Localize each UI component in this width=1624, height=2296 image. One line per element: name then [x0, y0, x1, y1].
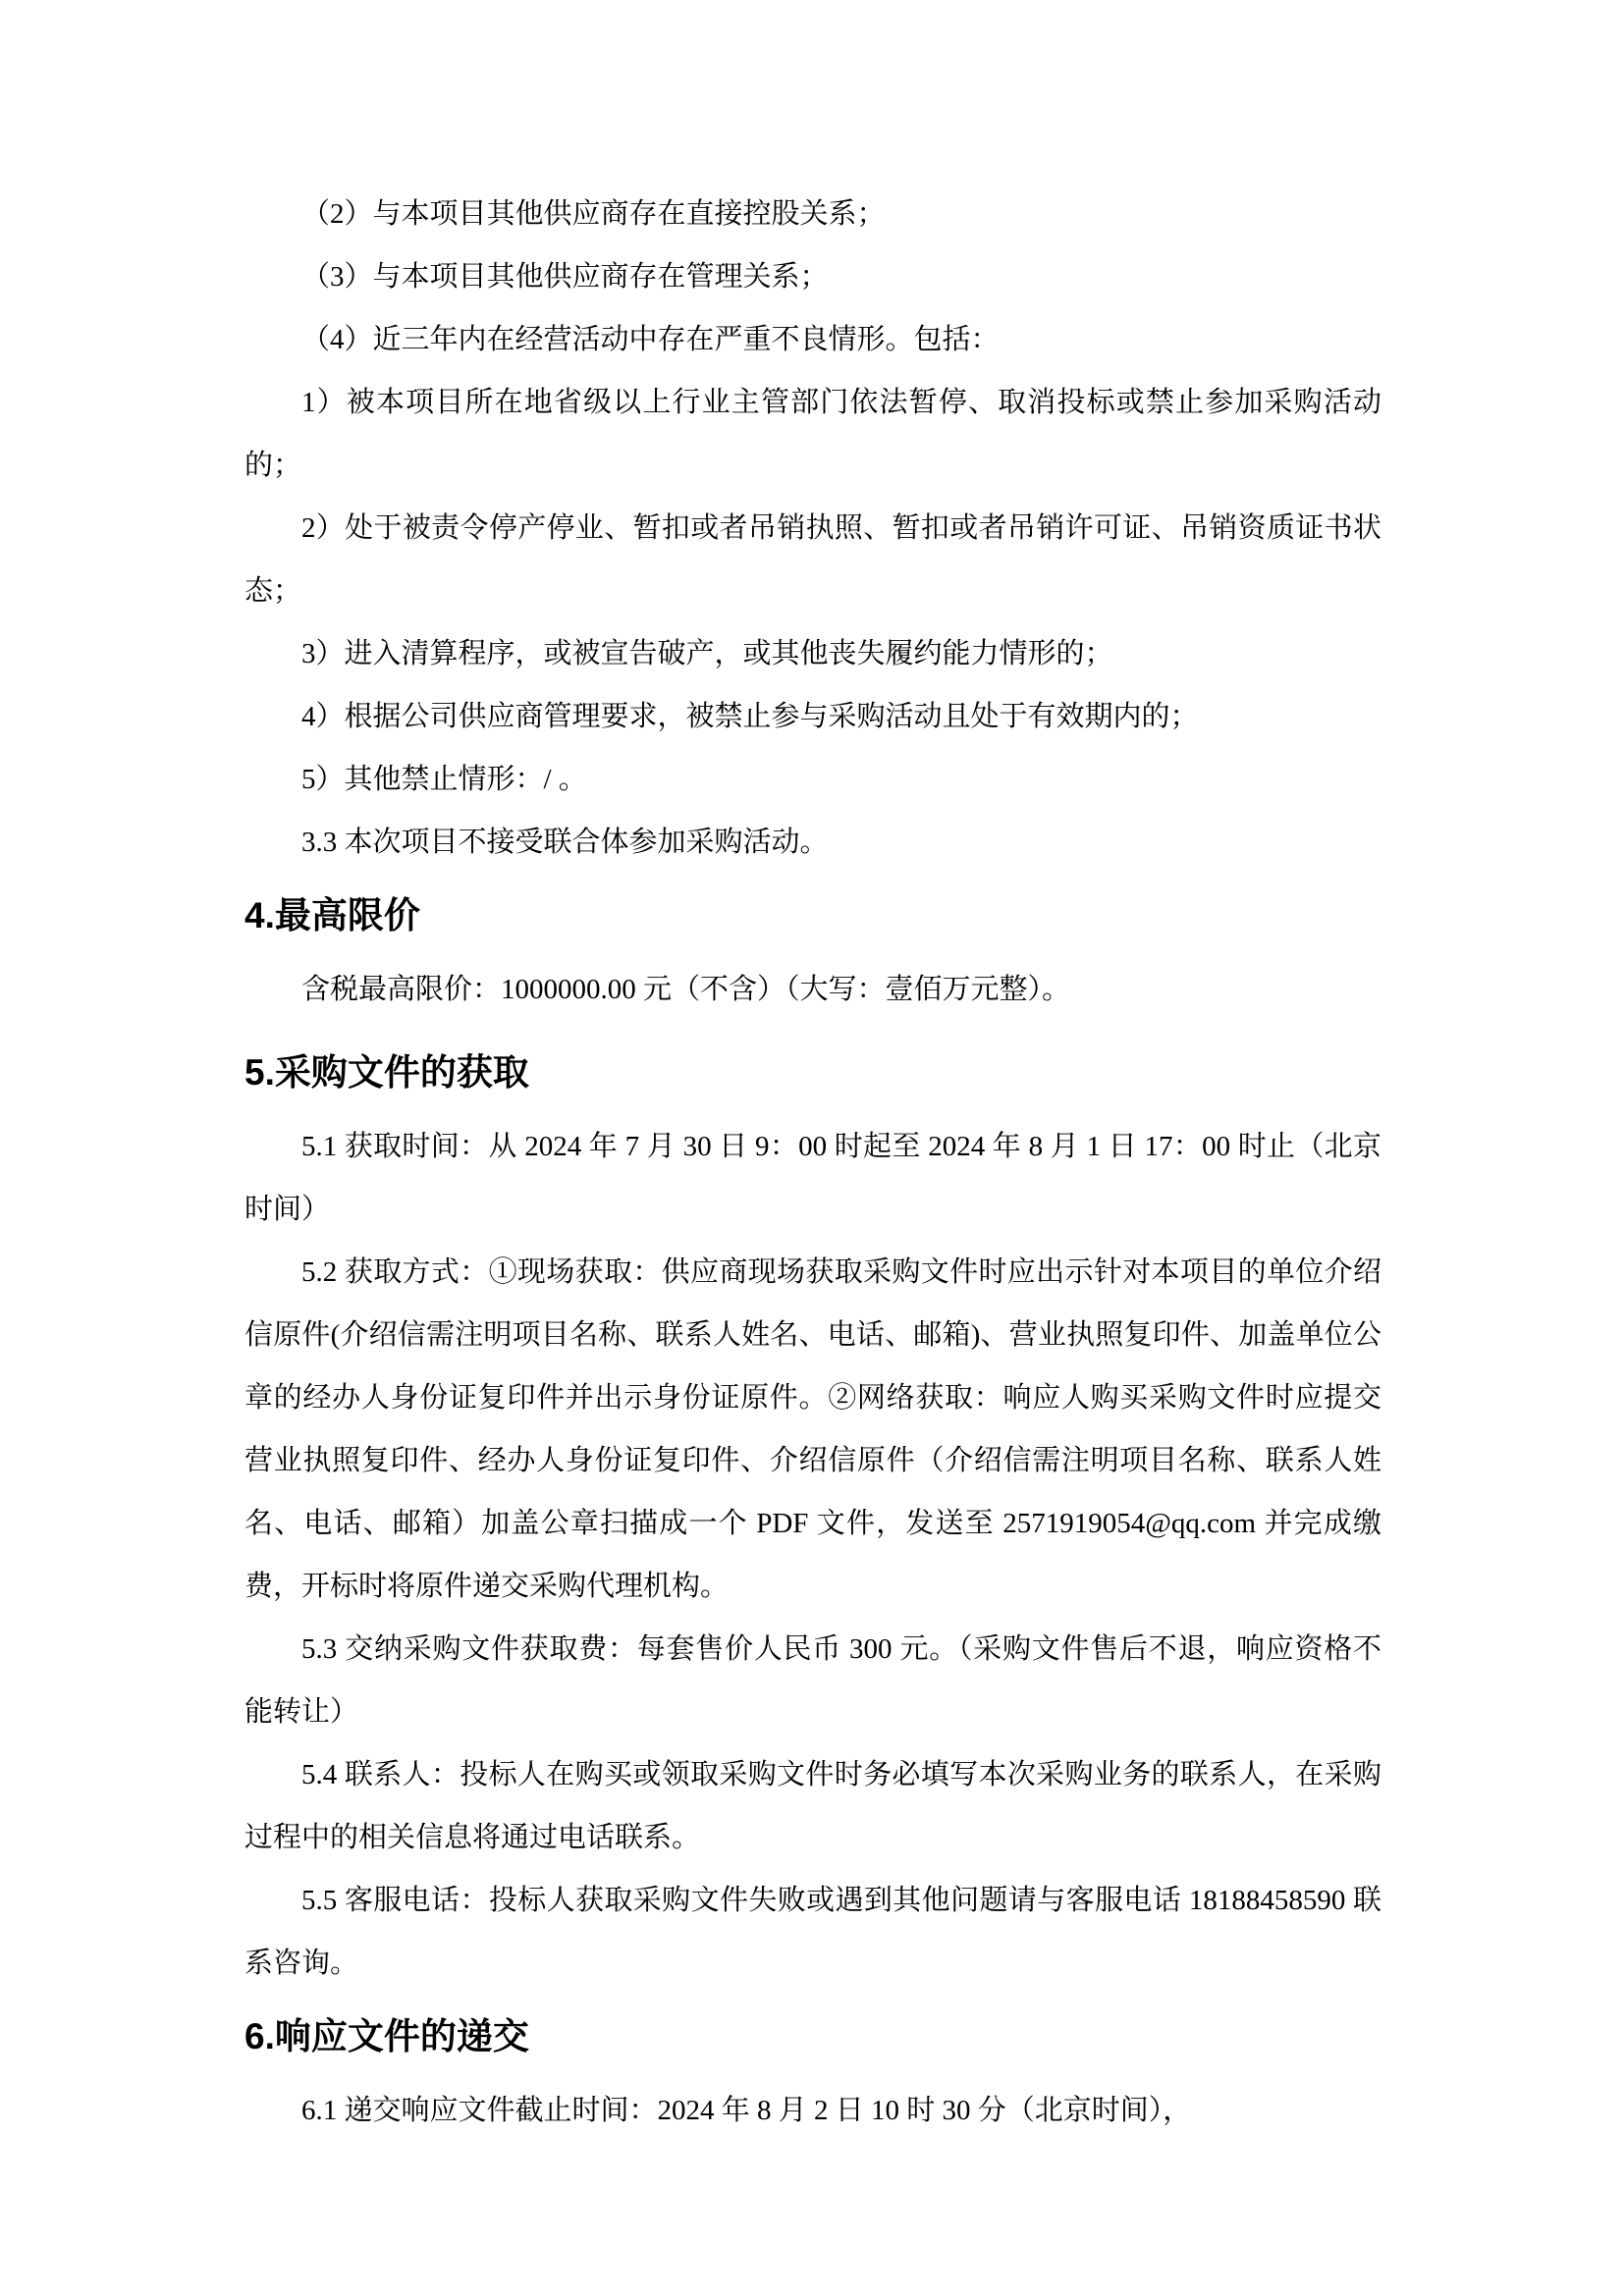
- section-heading-5-document-acquisition: 5.采购文件的获取: [244, 1031, 1381, 1115]
- subclause-3-liquidation-bankruptcy: 3）进入清算程序，或被宣告破产，或其他丧失履约能力情形的；: [244, 622, 1381, 685]
- subclause-4-banned-by-company-policy: 4）根据公司供应商管理要求，被禁止参与采购活动且处于有效期内的；: [244, 685, 1381, 748]
- subclause-5-other-prohibitions: 5）其他禁止情形：/ 。: [244, 748, 1381, 811]
- clause-5-4-contact-person: 5.4 联系人：投标人在购买或领取采购文件时务必填写本次采购业务的联系人，在采购…: [244, 1743, 1381, 1869]
- clause-3-3-no-consortium: 3.3 本次项目不接受联合体参加采购活动。: [244, 811, 1381, 874]
- clause-5-5-service-hotline: 5.5 客服电话：投标人获取采购文件失败或遇到其他问题请与客服电话 181884…: [244, 1869, 1381, 1995]
- clause-3-other-supplier-mgmt-relation: （3）与本项目其他供应商存在管理关系；: [244, 245, 1381, 308]
- clause-5-3-document-fee: 5.3 交纳采购文件获取费：每套售价人民币 300 元。（采购文件售后不退，响应…: [244, 1618, 1381, 1743]
- section-heading-6-response-submission: 6.响应文件的递交: [244, 1995, 1381, 2079]
- clause-5-1-acquisition-time: 5.1 获取时间：从 2024 年 7 月 30 日 9：00 时起至 2024…: [244, 1115, 1381, 1241]
- document-page: （2）与本项目其他供应商存在直接控股关系； （3）与本项目其他供应商存在管理关系…: [0, 0, 1624, 2296]
- section-heading-4-max-price-limit: 4.最高限价: [244, 874, 1381, 958]
- clause-2-other-supplier-holding-relation: （2）与本项目其他供应商存在直接控股关系；: [244, 183, 1381, 245]
- subclause-1-suspended-by-authority: 1）被本项目所在地省级以上行业主管部门依法暂停、取消投标或禁止参加采购活动的；: [244, 371, 1381, 497]
- clause-5-2-acquisition-method: 5.2 获取方式：①现场获取：供应商现场获取采购文件时应出示针对本项目的单位介绍…: [244, 1241, 1381, 1618]
- clause-6-1-submission-deadline: 6.1 递交响应文件截止时间：2024 年 8 月 2 日 10 时 30 分（…: [244, 2079, 1381, 2142]
- clause-max-price-value: 含税最高限价：1000000.00 元（不含）（大写：壹佰万元整）。: [244, 958, 1381, 1021]
- clause-4-bad-record-intro: （4）近三年内在经营活动中存在严重不良情形。包括：: [244, 308, 1381, 371]
- subclause-2-license-revoked-status: 2）处于被责令停产停业、暂扣或者吊销执照、暂扣或者吊销许可证、吊销资质证书状态；: [244, 497, 1381, 622]
